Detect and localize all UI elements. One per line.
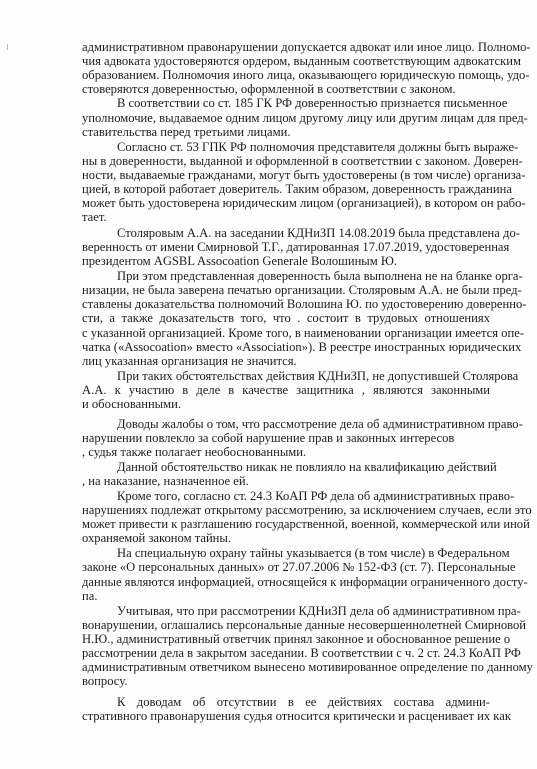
scan-mark [7,44,8,50]
text-line: и обоснованными. [82,396,490,413]
text-line: вопросу. [82,673,490,690]
text-line: стративного правонарушения судья относит… [82,708,490,725]
text-line: тает. [82,209,490,226]
document-page: административном правонарушении допускае… [0,0,537,769]
